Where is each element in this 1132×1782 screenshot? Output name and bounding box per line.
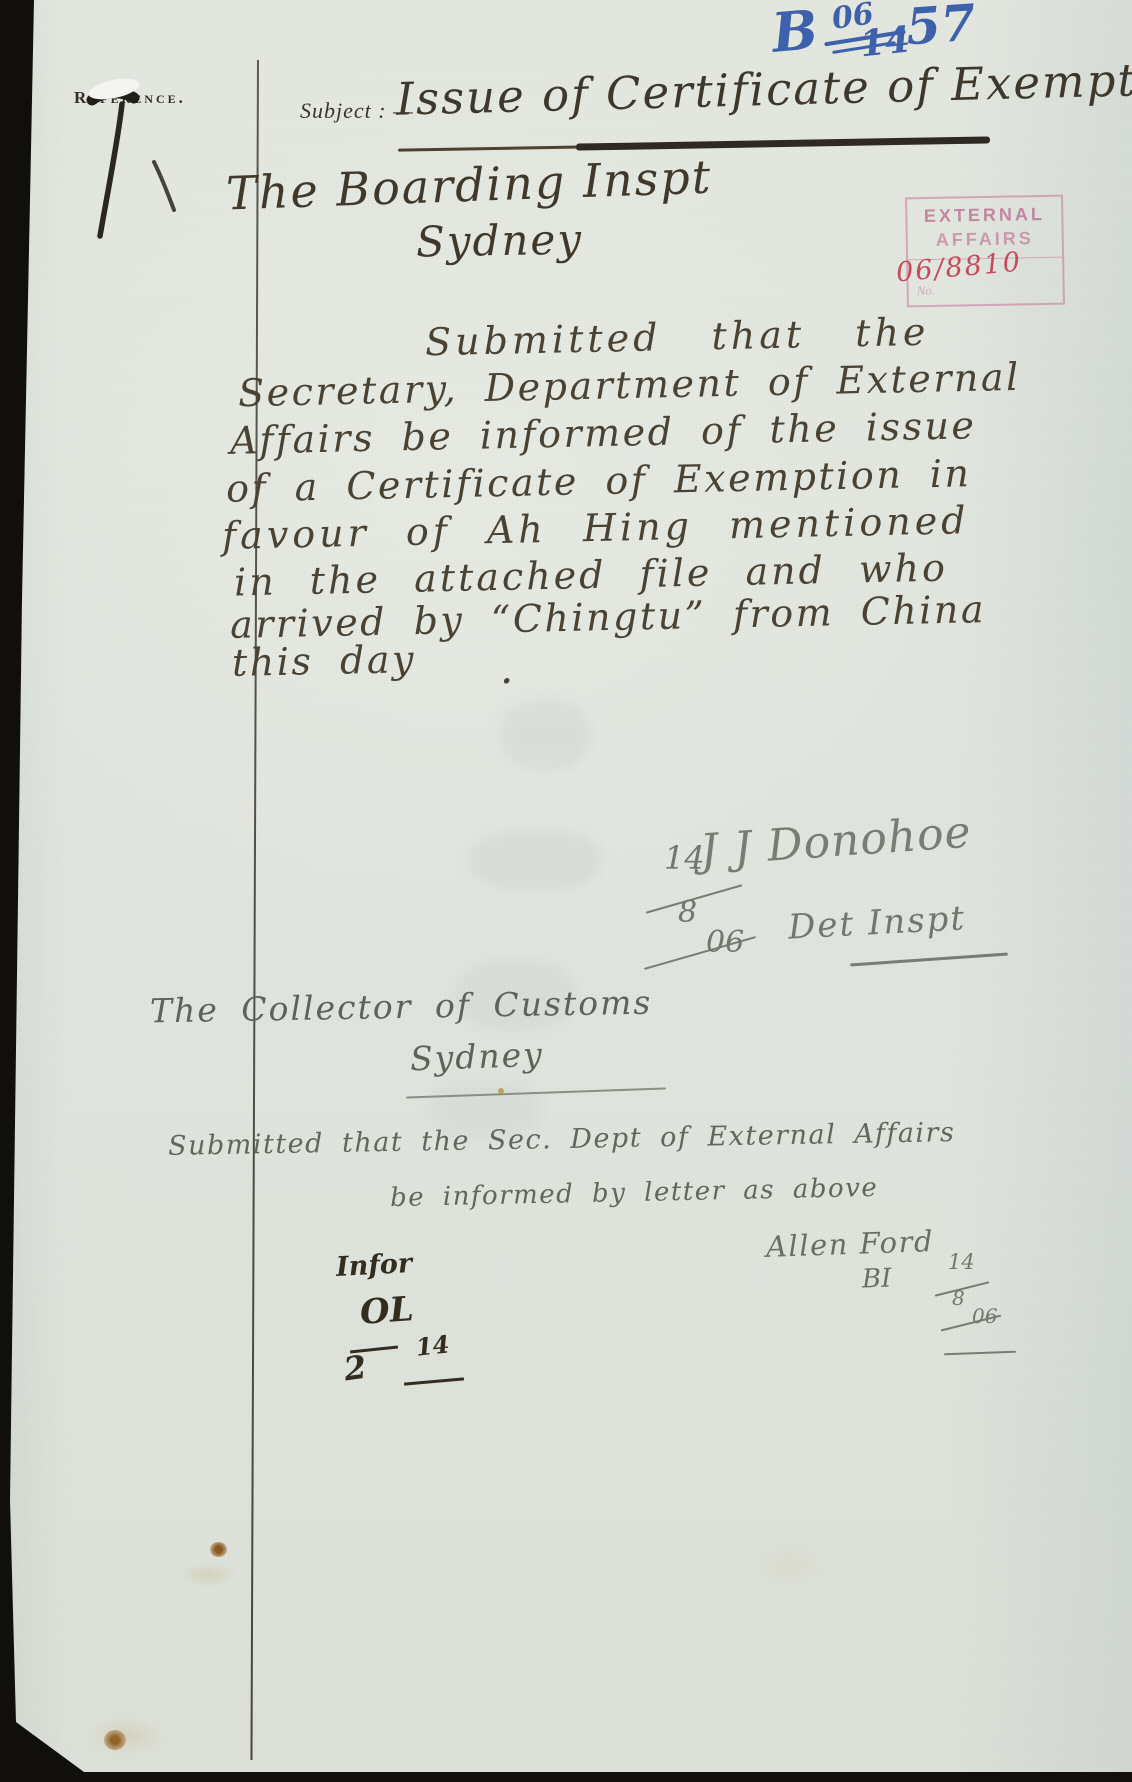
registry-number-left: 14 [858,21,912,62]
addressee-collector-customs: The Collector of Customs [150,986,653,1028]
minute-line1: Submitted that the Sec. Dept of External… [168,1119,956,1160]
signature1-name: J J Donohoe [699,811,973,874]
subject-underline [398,145,588,151]
registry-number-right: 57 [904,0,977,52]
signature1-title: Det Inspt [787,901,967,944]
signature2-title: BI [862,1265,892,1292]
margin-note-line1: Infor [335,1250,412,1281]
margin-note-line3: 2 [342,1351,369,1386]
paper-sheet: Reference. Subject : — B 06 14 57 Issue … [0,0,1132,1782]
signature1-date-day: 14 [664,842,705,874]
foxing-stain [178,1562,238,1588]
margin-note-line4: 14 [415,1332,451,1359]
body-line: this day [232,640,417,682]
margin-rule-line [250,60,259,1760]
signature1-date-month: 8 [678,898,697,928]
signature1-underline [850,952,1008,966]
bleedthrough-mark [500,700,590,770]
stamp-line1: EXTERNAL [907,204,1061,228]
foxing-stain [210,1542,227,1557]
addressee-place: Sydney [416,219,584,264]
signature1-date-year: 06 [706,928,744,958]
minute-line2: be informed by letter as above [390,1175,879,1211]
reference-tick-mark [70,70,200,260]
margin-note-line2: OL [359,1292,415,1330]
addressee-boarding-inspector: The Boarding Inspt [225,154,713,217]
stamp-line2: AFFAIRS [908,228,1062,252]
registry-code-blue: B [770,2,820,60]
signature2-name: Allen Ford [766,1227,935,1262]
signature2-date-month: 8 [952,1288,965,1308]
foxing-stain [744,1540,834,1590]
foxing-stain [86,1716,166,1756]
subject-handwritten: Issue of Certificate of Exemption [396,55,1132,121]
signature2-underline [944,1351,1016,1356]
bleedthrough-mark [470,830,600,890]
margin-note-underline [404,1377,464,1385]
signature2-date-year: 06 [972,1306,997,1326]
scanned-document: Reference. Subject : — B 06 14 57 Issue … [0,0,1132,1782]
body-period: . [500,648,513,690]
addressee2-place: Sydney [409,1038,544,1076]
body-line: Affairs be informed of the issue [230,406,977,460]
ink-speck [498,1088,504,1094]
signature2-date-day: 14 [948,1252,975,1273]
subject-underline-heavy [576,136,990,150]
body-line: Submitted that the [425,313,930,362]
